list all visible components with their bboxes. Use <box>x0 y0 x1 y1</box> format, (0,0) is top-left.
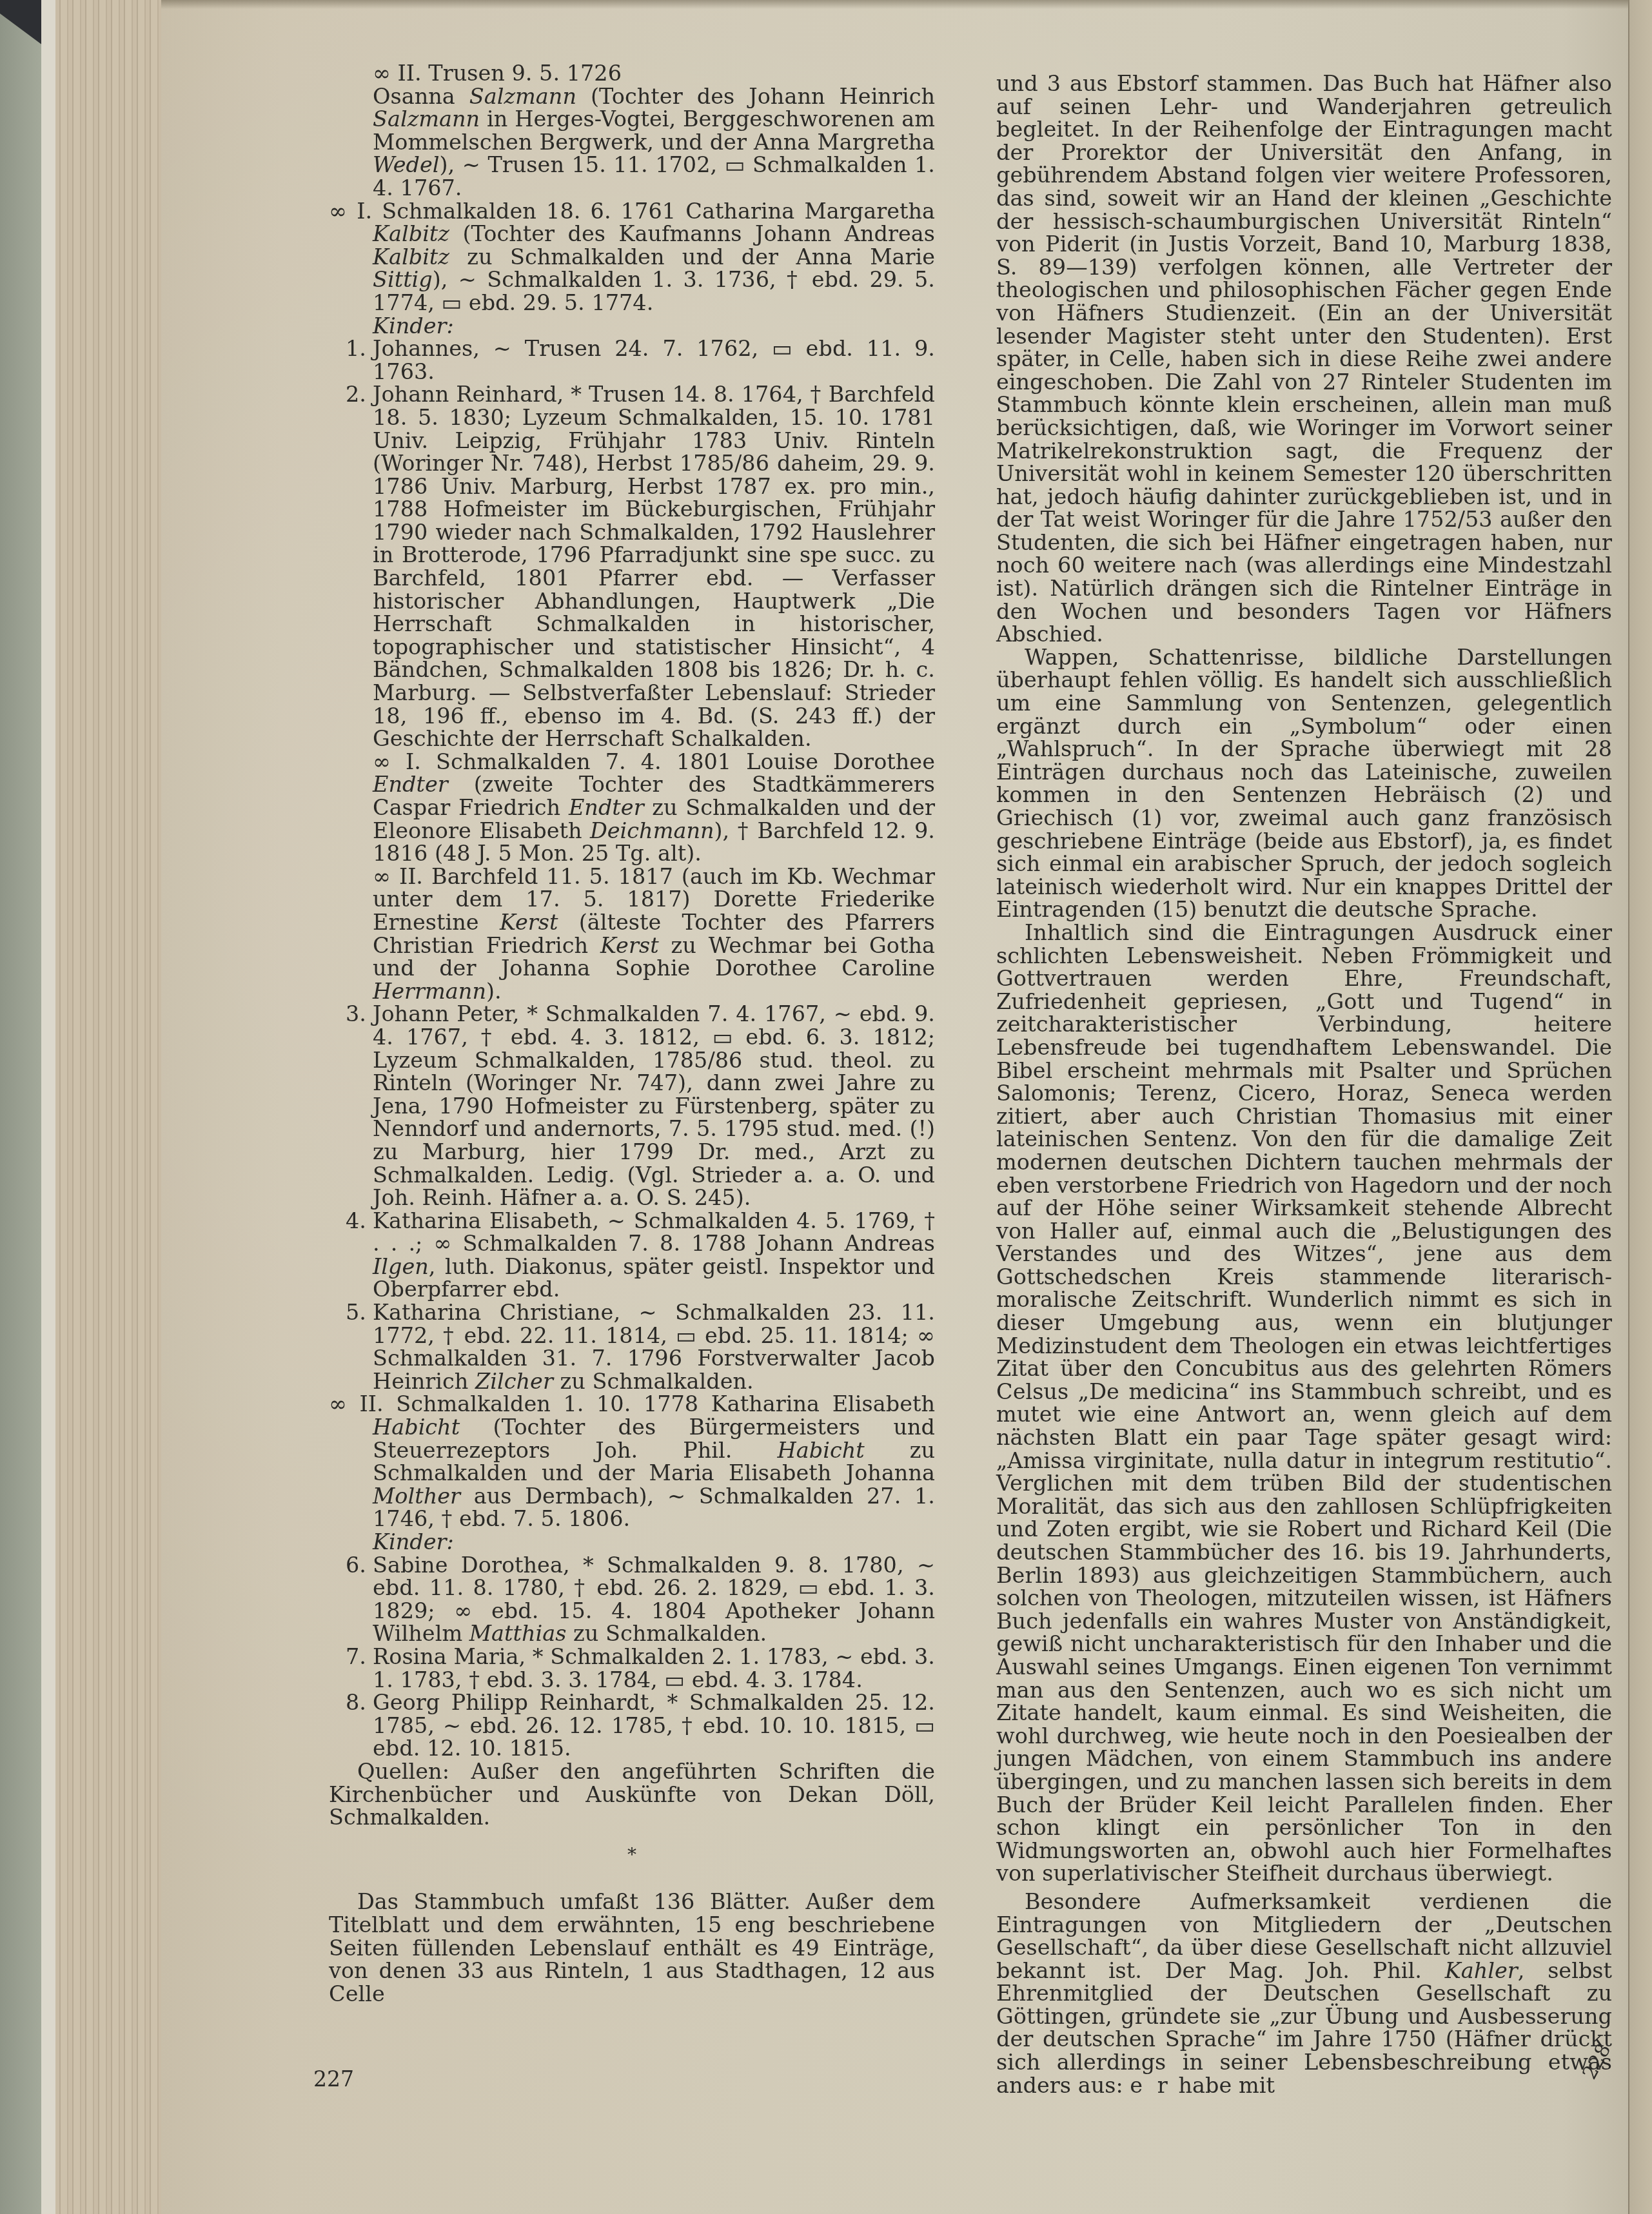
paragraph-1: und 3 aus Ebstorf stammen. Das Buch hat … <box>996 72 1612 646</box>
marriage-entry-II: ∞ II. Schmalkalden 1. 10. 1778 Katharina… <box>329 1393 935 1531</box>
children-label: Kinder: <box>329 315 935 338</box>
children-label: Kinder: <box>329 1531 935 1554</box>
background-surface <box>0 0 45 2214</box>
book-cover-edge <box>41 0 55 2214</box>
marriage-entry-intro: ∞ II. Trusen 9. 5. 1726 Osanna Salzmann … <box>329 62 935 200</box>
page-stack-edges <box>55 0 172 2214</box>
page-number-left: 227 <box>313 2066 354 2092</box>
next-page-edge <box>1628 0 1652 2214</box>
left-column-page-227: ∞ II. Trusen 9. 5. 1726 Osanna Salzmann … <box>329 62 935 2005</box>
child-entry-2: 2. Johann Reinhard, * Trusen 14. 8. 1764… <box>329 383 935 1003</box>
page-top-shadow <box>161 0 1652 9</box>
marriage-details: Osanna Salzmann (Tochter des Johann Hein… <box>373 85 935 200</box>
child-entry-1: 1. Johannes, ~ Trusen 24. 7. 1762, ▭ ebd… <box>329 337 935 383</box>
child-entry-6: 6. Sabine Dorothea, * Schmalkalden 9. 8.… <box>329 1554 935 1645</box>
marriage-marker: ∞ II. <box>329 1391 396 1416</box>
paragraph-2: Wappen, Schattenrisse, bildliche Darstel… <box>996 646 1612 921</box>
child-entry-7: 7. Rosina Maria, * Schmalkalden 2. 1. 17… <box>329 1645 935 1691</box>
child-entry-3: 3. Johann Peter, * Schmalkalden 7. 4. 17… <box>329 1003 935 1209</box>
paragraph-3: Inhaltlich sind die Eintragungen Ausdruc… <box>996 921 1612 1885</box>
sources-note: Quellen: Außer den angeführten Schriften… <box>329 1760 935 1829</box>
child-entry-4: 4. Katharina Elisabeth, ~ Schmalkalden 4… <box>329 1210 935 1301</box>
right-column-page-228: und 3 aus Ebstorf stammen. Das Buch hat … <box>996 72 1612 2097</box>
child-entry-5: 5. Katharina Christiane, ~ Schmalkalden … <box>329 1301 935 1393</box>
paragraph-4: Besondere Aufmerksamkeit verdienen die E… <box>996 1890 1612 2097</box>
marriage-heading: ∞ II. Trusen 9. 5. 1726 <box>373 62 935 85</box>
marriage-marker: ∞ I. <box>329 199 382 224</box>
child-2-marriage-II: ∞ II. Barchfeld 11. 5. 1817 (auch im Kb.… <box>373 865 935 1003</box>
child-entry-8: 8. Georg Philipp Reinhardt, * Schmalkald… <box>329 1691 935 1760</box>
stammbuch-paragraph: Das Stammbuch umfaßt 136 Blätter. Außer … <box>329 1890 935 2005</box>
section-separator: * <box>329 1843 935 1866</box>
marriage-entry-I: ∞ I. Schmalkalden 18. 6. 1761 Catharina … <box>329 200 935 315</box>
child-2-marriage-I: ∞ I. Schmalkalden 7. 4. 1801 Louise Doro… <box>373 750 935 865</box>
